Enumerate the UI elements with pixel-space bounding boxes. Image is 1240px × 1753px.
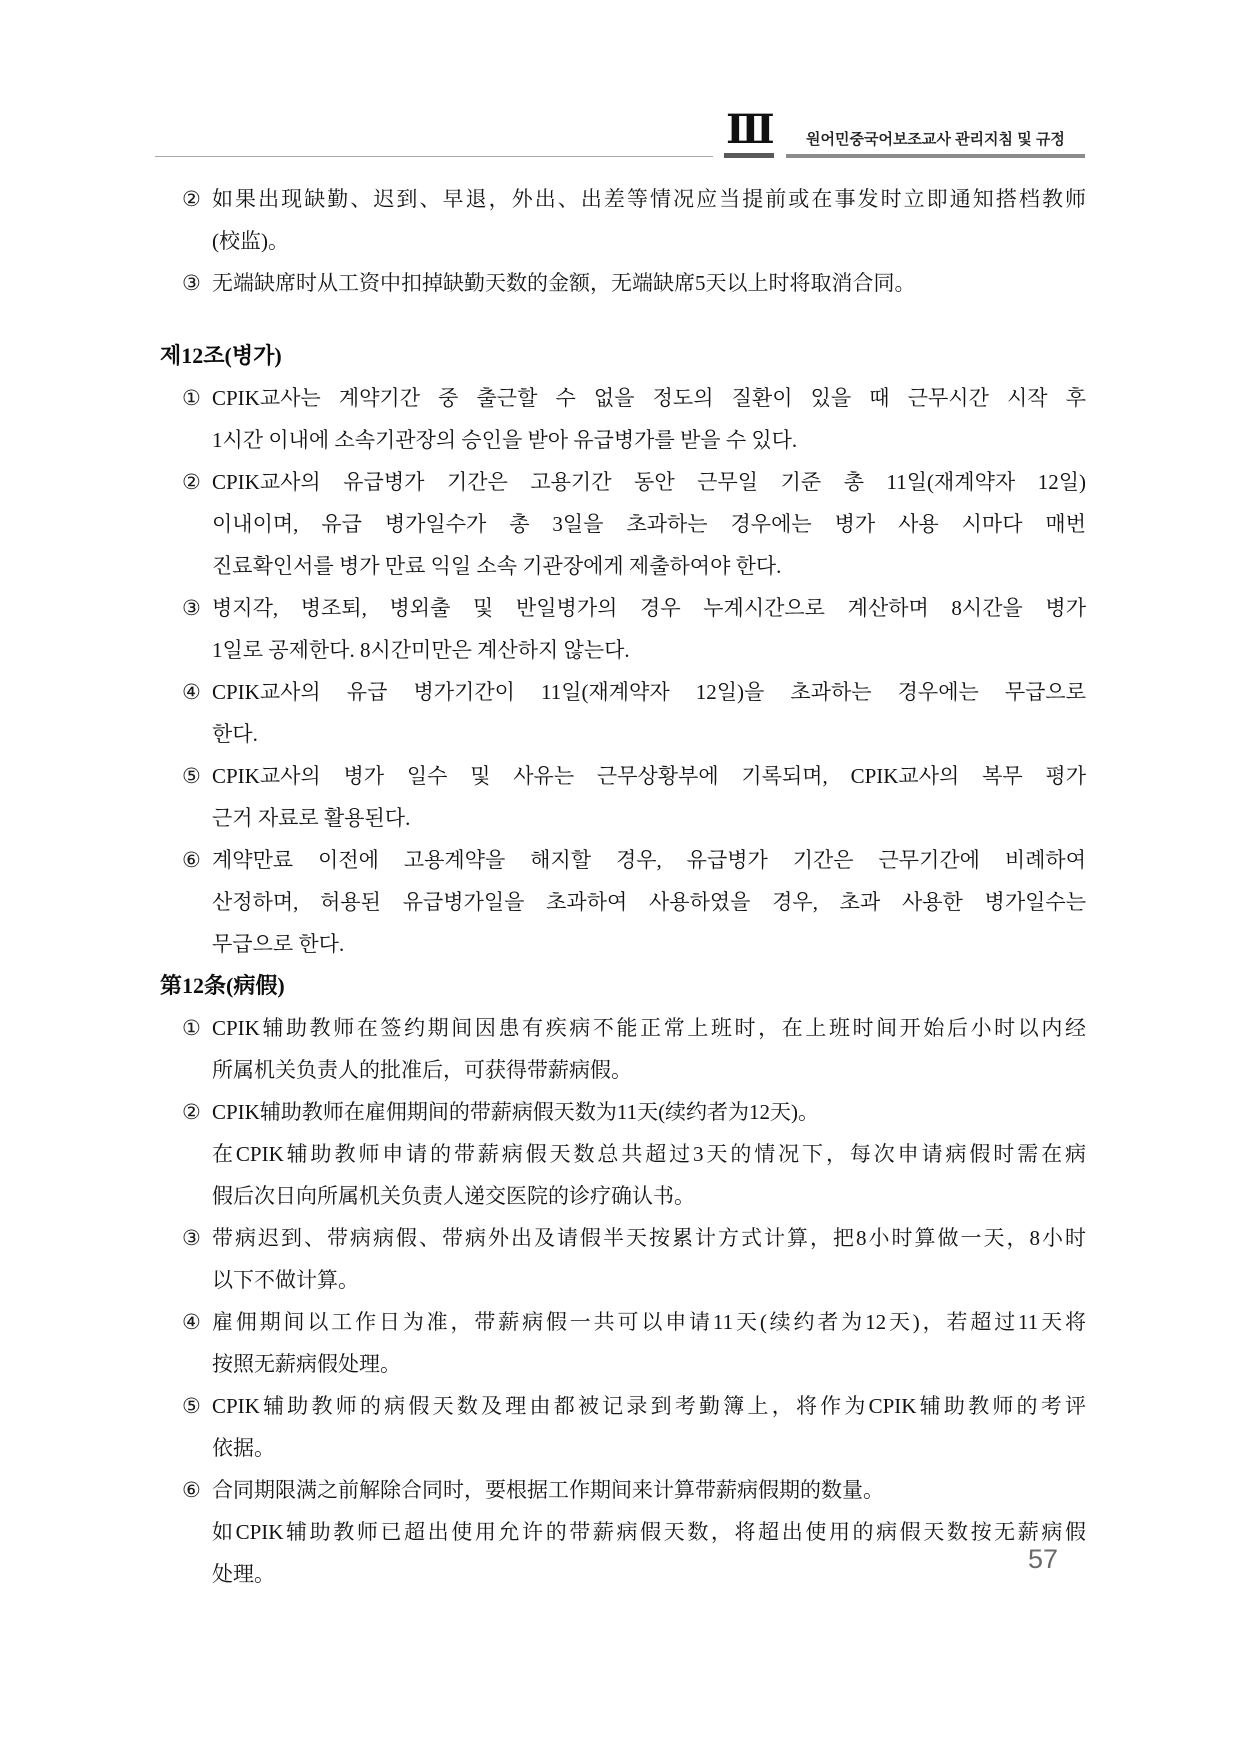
page-number: 57 bbox=[1028, 1544, 1058, 1575]
item-line: 所属机关负责人的批准后，可获得带薪病假。 bbox=[212, 1049, 1086, 1091]
item-number: ⑥ bbox=[182, 1469, 212, 1595]
item-body: CPIK교사의 병가 일수 및 사유는 근무상황부에 기록되며, CPIK교사의… bbox=[212, 755, 1086, 839]
section-heading-chinese: 第12条(病假) bbox=[160, 965, 1086, 1007]
item-line: 如果出现缺勤、迟到、早退，外出、出差等情况应当提前或在事发时立即通知搭档教师 bbox=[212, 178, 1086, 220]
list-item: ⑤ CPIK교사의 병가 일수 및 사유는 근무상황부에 기록되며, CPIK교… bbox=[160, 755, 1086, 839]
item-body: CPIK辅助教师的病假天数及理由都被记录到考勤簿上，将作为CPIK辅助教师的考评… bbox=[212, 1385, 1086, 1469]
item-line: CPIK辅助教师的病假天数及理由都被记录到考勤簿上，将作为CPIK辅助教师的考评 bbox=[212, 1385, 1086, 1427]
item-number: ③ bbox=[182, 1217, 212, 1301]
list-item: ② CPIK교사의 유급병가 기간은 고용기간 동안 근무일 기준 총 11일(… bbox=[160, 461, 1086, 587]
list-item: ③ 병지각, 병조퇴, 병외출 및 반일병가의 경우 누계시간으로 계산하며 8… bbox=[160, 587, 1086, 671]
item-body: 병지각, 병조퇴, 병외출 및 반일병가의 경우 누계시간으로 계산하며 8시간… bbox=[212, 587, 1086, 671]
list-item: ③ 带病迟到、带病病假、带病外出及请假半天按累计方式计算，把8小时算做一天，8小… bbox=[160, 1217, 1086, 1301]
item-number: ③ bbox=[182, 262, 212, 304]
item-number: ② bbox=[182, 1091, 212, 1217]
list-item: ⑥ 계약만료 이전에 고용계약을 해지할 경우, 유급병가 기간은 근무기간에 … bbox=[160, 839, 1086, 965]
item-line: (校监)。 bbox=[212, 220, 1086, 262]
list-item: ③ 无端缺席时从工资中扣掉缺勤天数的金额，无端缺席5天以上时将取消合同。 bbox=[160, 262, 1086, 304]
item-line: CPIK교사의 유급 병가기간이 11일(재계약자 12일)을 초과하는 경우에… bbox=[212, 671, 1086, 713]
list-item: ⑥ 合同期限满之前解除合同时，要根据工作期间来计算带薪病假期的数量。 如CPIK… bbox=[160, 1469, 1086, 1595]
section-heading-korean: 제12조(병가) bbox=[160, 335, 1086, 377]
item-line: 处理。 bbox=[212, 1553, 1086, 1595]
item-body: 无端缺席时从工资中扣掉缺勤天数的金额，无端缺席5天以上时将取消合同。 bbox=[212, 262, 1086, 304]
list-item: ② 如果出现缺勤、迟到、早退，外出、出差等情况应当提前或在事发时立即通知搭档教师… bbox=[160, 178, 1086, 262]
item-body: CPIK교사의 유급 병가기간이 11일(재계약자 12일)을 초과하는 경우에… bbox=[212, 671, 1086, 755]
header-rule-chapter bbox=[724, 153, 774, 158]
chapter-title: 원어민중국어보조교사 관리지침 및 규정 bbox=[806, 128, 1086, 149]
item-line: 以下不做计算。 bbox=[212, 1259, 1086, 1301]
item-line: 한다. bbox=[212, 713, 1086, 755]
item-line: 1일로 공제한다. 8시간미만은 계산하지 않는다. bbox=[212, 629, 1086, 671]
item-line: 无端缺席时从工资中扣掉缺勤天数的金额，无端缺席5天以上时将取消合同。 bbox=[212, 262, 1086, 304]
item-number: ① bbox=[182, 377, 212, 461]
item-body: 带病迟到、带病病假、带病外出及请假半天按累计方式计算，把8小时算做一天，8小时 … bbox=[212, 1217, 1086, 1301]
item-number: ⑤ bbox=[182, 1385, 212, 1469]
list-item: ① CPIK辅助教师在签约期间因患有疾病不能正常上班时，在上班时间开始后小时以内… bbox=[160, 1007, 1086, 1091]
item-line: 이내이며, 유급 병가일수가 총 3일을 초과하는 경우에는 병가 사용 시마다… bbox=[212, 503, 1086, 545]
list-item: ① CPIK교사는 계약기간 중 출근할 수 없을 정도의 질환이 있을 때 근… bbox=[160, 377, 1086, 461]
item-line: CPIK교사는 계약기간 중 출근할 수 없을 정도의 질환이 있을 때 근무시… bbox=[212, 377, 1086, 419]
item-body: CPIK교사의 유급병가 기간은 고용기간 동안 근무일 기준 총 11일(재계… bbox=[212, 461, 1086, 587]
item-line: 무급으로 한다. bbox=[212, 923, 1086, 965]
item-number: ① bbox=[182, 1007, 212, 1091]
item-line: 병지각, 병조퇴, 병외출 및 반일병가의 경우 누계시간으로 계산하며 8시간… bbox=[212, 587, 1086, 629]
item-line: 依据。 bbox=[212, 1427, 1086, 1469]
item-number: ④ bbox=[182, 1301, 212, 1385]
item-line: CPIK교사의 병가 일수 및 사유는 근무상황부에 기록되며, CPIK교사의… bbox=[212, 755, 1086, 797]
item-line: 雇佣期间以工作日为准，带薪病假一共可以申请11天(续约者为12天)，若超过11天… bbox=[212, 1301, 1086, 1343]
item-body: 如果出现缺勤、迟到、早退，外出、出差等情况应当提前或在事发时立即通知搭档教师 (… bbox=[212, 178, 1086, 262]
list-item: ② CPIK辅助教师在雇佣期间的带薪病假天数为11天(续约者为12天)。 在CP… bbox=[160, 1091, 1086, 1217]
item-number: ④ bbox=[182, 671, 212, 755]
item-line: 산정하며, 허용된 유급병가일을 초과하여 사용하였을 경우, 초과 사용한 병… bbox=[212, 881, 1086, 923]
item-line: 在CPIK辅助教师申请的带薪病假天数总共超过3天的情况下，每次申请病假时需在病 bbox=[212, 1133, 1086, 1175]
item-body: 合同期限满之前解除合同时，要根据工作期间来计算带薪病假期的数量。 如CPIK辅助… bbox=[212, 1469, 1086, 1595]
item-number: ② bbox=[182, 461, 212, 587]
chapter-number: Ⅲ bbox=[726, 106, 776, 153]
item-body: CPIK교사는 계약기간 중 출근할 수 없을 정도의 질환이 있을 때 근무시… bbox=[212, 377, 1086, 461]
item-line: 按照无薪病假处理。 bbox=[212, 1343, 1086, 1385]
item-line: CPIK교사의 유급병가 기간은 고용기간 동안 근무일 기준 총 11일(재계… bbox=[212, 461, 1086, 503]
item-line: 1시간 이내에 소속기관장의 승인을 받아 유급병가를 받을 수 있다. bbox=[212, 419, 1086, 461]
list-item: ④ 雇佣期间以工作日为准，带薪病假一共可以申请11天(续约者为12天)，若超过1… bbox=[160, 1301, 1086, 1385]
header-rule-left bbox=[155, 156, 713, 157]
item-number: ⑤ bbox=[182, 755, 212, 839]
item-line: 假后次日向所属机关负责人递交医院的诊疗确认书。 bbox=[212, 1175, 1086, 1217]
item-line: CPIK辅助教师在签约期间因患有疾病不能正常上班时，在上班时间开始后小时以内经 bbox=[212, 1007, 1086, 1049]
document-body: ② 如果出现缺勤、迟到、早退，外出、出差等情况应当提前或在事发时立即通知搭档教师… bbox=[160, 178, 1086, 1595]
list-item: ④ CPIK교사의 유급 병가기간이 11일(재계약자 12일)을 초과하는 경… bbox=[160, 671, 1086, 755]
item-body: 雇佣期间以工作日为准，带薪病假一共可以申请11天(续约者为12天)，若超过11天… bbox=[212, 1301, 1086, 1385]
item-body: CPIK辅助教师在雇佣期间的带薪病假天数为11天(续约者为12天)。 在CPIK… bbox=[212, 1091, 1086, 1217]
item-line: 合同期限满之前解除合同时，要根据工作期间来计算带薪病假期的数量。 bbox=[212, 1469, 1086, 1511]
item-line: 如CPIK辅助教师已超出使用允许的带薪病假天数，将超出使用的病假天数按无薪病假 bbox=[212, 1511, 1086, 1553]
item-number: ② bbox=[182, 178, 212, 262]
list-item: ⑤ CPIK辅助教师的病假天数及理由都被记录到考勤簿上，将作为CPIK辅助教师的… bbox=[160, 1385, 1086, 1469]
item-line: 带病迟到、带病病假、带病外出及请假半天按累计方式计算，把8小时算做一天，8小时 bbox=[212, 1217, 1086, 1259]
item-line: CPIK辅助教师在雇佣期间的带薪病假天数为11天(续约者为12天)。 bbox=[212, 1091, 1086, 1133]
item-number: ⑥ bbox=[182, 839, 212, 965]
item-line: 진료확인서를 병가 만료 익일 소속 기관장에게 제출하여야 한다. bbox=[212, 545, 1086, 587]
item-line: 계약만료 이전에 고용계약을 해지할 경우, 유급병가 기간은 근무기간에 비례… bbox=[212, 839, 1086, 881]
item-body: CPIK辅助教师在签约期间因患有疾病不能正常上班时，在上班时间开始后小时以内经 … bbox=[212, 1007, 1086, 1091]
item-line: 근거 자료로 활용된다. bbox=[212, 797, 1086, 839]
document-page: Ⅲ 원어민중국어보조교사 관리지침 및 규정 ② 如果出现缺勤、迟到、早退，外出… bbox=[0, 0, 1240, 1753]
header-rule-title bbox=[786, 154, 1085, 158]
item-number: ③ bbox=[182, 587, 212, 671]
item-body: 계약만료 이전에 고용계약을 해지할 경우, 유급병가 기간은 근무기간에 비례… bbox=[212, 839, 1086, 965]
